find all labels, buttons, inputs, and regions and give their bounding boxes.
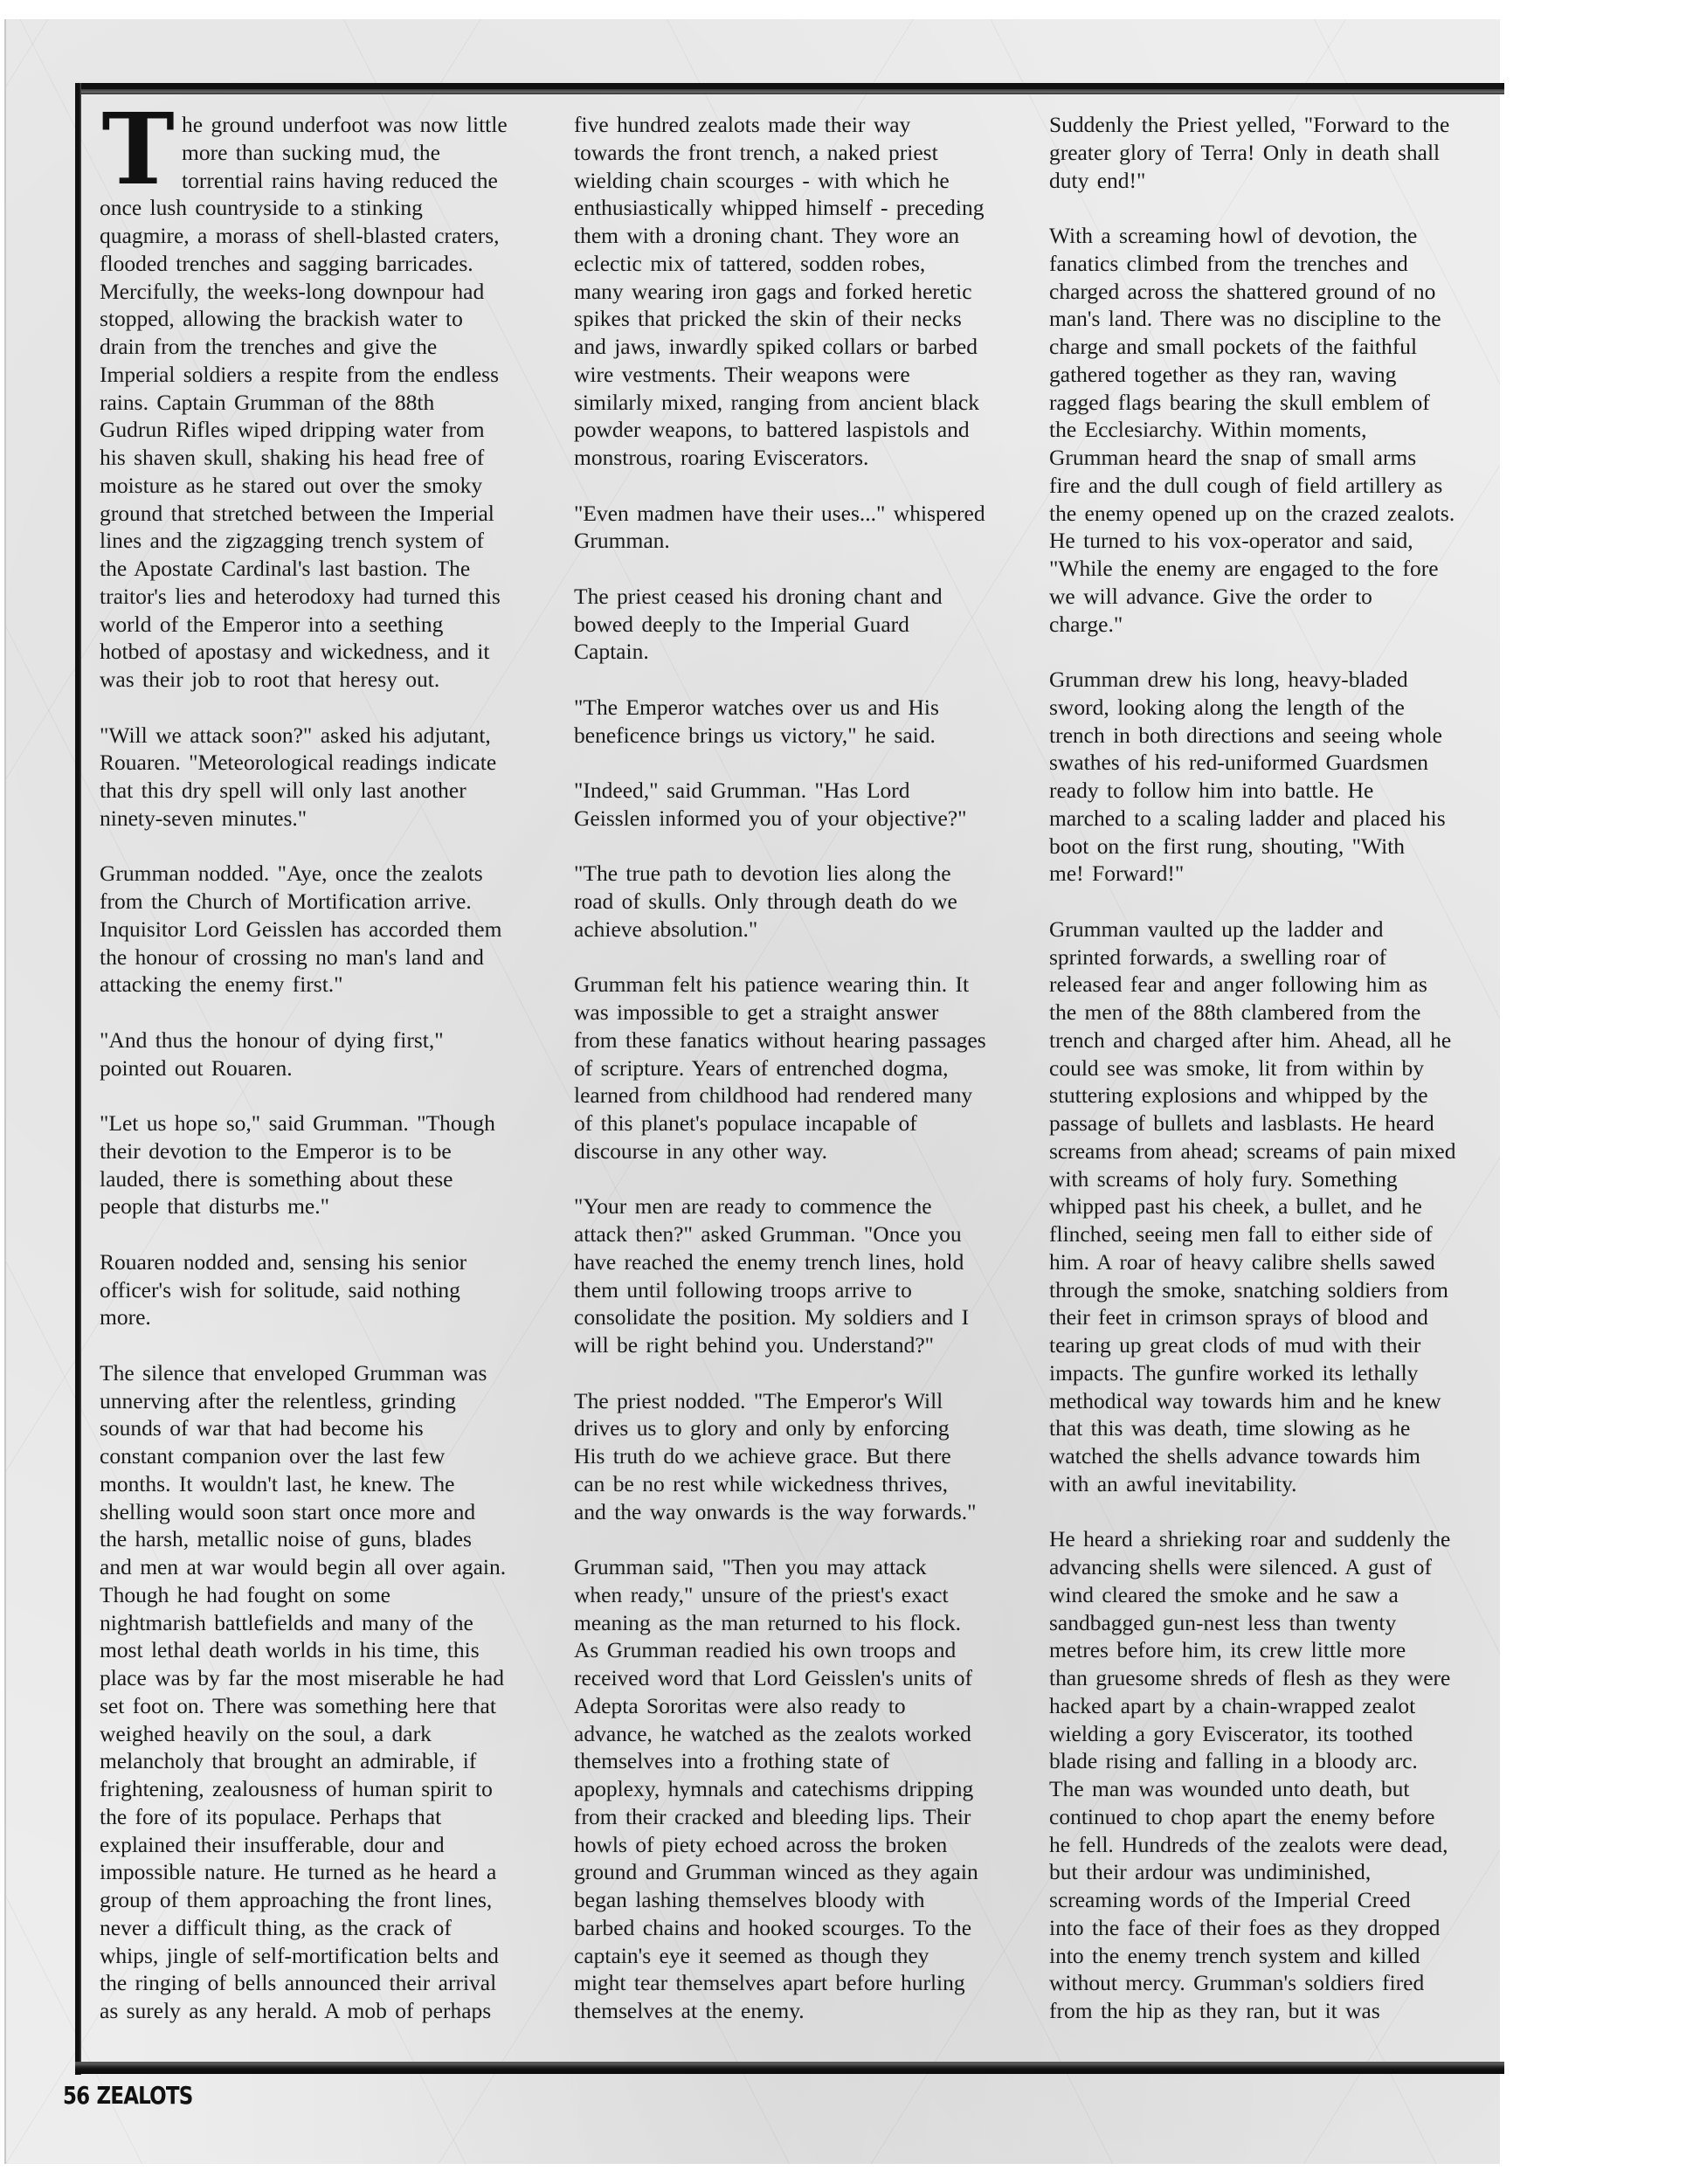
text-line: "And thus the honour of dying first," <box>100 1026 536 1054</box>
text-line: shelling would soon start once more and <box>100 1498 536 1526</box>
text-line: and the way onwards is the way forwards.… <box>574 1498 1015 1526</box>
text-line: charge." <box>1049 611 1486 639</box>
paragraph-gap <box>574 666 1015 694</box>
text-line: lines and the zigzagging trench system o… <box>100 527 536 555</box>
text-line: constant companion over the last few <box>100 1442 536 1470</box>
text-line: officer's wish for solitude, said nothin… <box>100 1276 536 1304</box>
text-line: "The Emperor watches over us and His <box>574 694 1015 722</box>
text-line: blade rising and falling in a bloody arc… <box>1049 1747 1486 1775</box>
text-line: attacking the enemy first." <box>100 971 536 999</box>
text-line: five hundred zealots made their way <box>574 111 1015 139</box>
text-line: was their job to root that heresy out. <box>100 666 536 694</box>
text-line: He turned to his vox-operator and said, <box>1049 527 1486 555</box>
column-lines: five hundred zealots made their waytowar… <box>574 111 1015 2025</box>
paragraph-gap <box>1049 638 1486 666</box>
text-line: "The true path to devotion lies along th… <box>574 860 1015 888</box>
text-line: gathered together as they ran, waving <box>1049 361 1486 389</box>
text-line: we will advance. Give the order to <box>1049 583 1486 611</box>
text-line: achieve absolution." <box>574 916 1015 943</box>
text-line: spikes that pricked the skin of their ne… <box>574 305 1015 333</box>
text-line: metres before him, its crew little more <box>1049 1636 1486 1664</box>
text-line: explained their insufferable, dour and <box>100 1831 536 1859</box>
text-line: impossible nature. He turned as he heard… <box>100 1858 536 1886</box>
text-line: Geisslen informed you of your objective?… <box>574 805 1015 833</box>
text-line: without mercy. Grumman's soldiers fired <box>1049 1969 1486 1997</box>
text-line: impacts. The gunfire worked its lethally <box>1049 1359 1486 1387</box>
text-column-3: Suddenly the Priest yelled, "Forward to … <box>1049 111 1486 2025</box>
text-line: Suddenly the Priest yelled, "Forward to … <box>1049 111 1486 139</box>
text-line: but their ardour was undiminished, <box>1049 1858 1486 1886</box>
text-line: His truth do we achieve grace. But there <box>574 1442 1015 1470</box>
paragraph-gap <box>574 1165 1015 1193</box>
text-line: the men of the 88th clambered from the <box>1049 999 1486 1026</box>
text-line: With a screaming howl of devotion, the <box>1049 222 1486 250</box>
text-line: bowed deeply to the Imperial Guard <box>574 611 1015 639</box>
text-line: frightening, zealousness of human spirit… <box>100 1775 536 1803</box>
text-line: enthusiastically whipped himself - prece… <box>574 194 1015 222</box>
text-line: ragged flags bearing the skull emblem of <box>1049 389 1486 417</box>
text-line: Grumman drew his long, heavy-bladed <box>1049 666 1486 694</box>
text-line: could see was smoke, lit from within by <box>1049 1054 1486 1082</box>
text-line: Grumman nodded. "Aye, once the zealots <box>100 860 536 888</box>
paragraph-gap <box>100 1220 536 1248</box>
page-footer: 56ZEALOTS <box>63 2081 200 2110</box>
text-line: group of them approaching the front line… <box>100 1886 536 1914</box>
text-line: the harsh, metallic noise of guns, blade… <box>100 1525 536 1553</box>
text-line: lauded, there is something about these <box>100 1165 536 1193</box>
text-line: ready to follow him into battle. He <box>1049 777 1486 805</box>
text-line: wind cleared the smoke and he saw a <box>1049 1581 1486 1609</box>
text-line: unnerving after the relentless, grinding <box>100 1387 536 1415</box>
column-lines: Suddenly the Priest yelled, "Forward to … <box>1049 111 1486 2025</box>
text-line: He heard a shrieking roar and suddenly t… <box>1049 1525 1486 1553</box>
text-line: similarly mixed, ranging from ancient bl… <box>574 389 1015 417</box>
text-line: charged across the shattered ground of n… <box>1049 278 1486 306</box>
text-line: might tear themselves apart before hurli… <box>574 1969 1015 1997</box>
paragraph-gap <box>574 472 1015 500</box>
text-line: their devotion to the Emperor is to be <box>100 1137 536 1165</box>
paragraph-gap <box>574 1359 1015 1387</box>
text-line: weighed heavily on the soul, a dark <box>100 1720 536 1748</box>
paragraph-gap <box>574 943 1015 971</box>
text-line: most lethal death worlds in his time, th… <box>100 1636 536 1664</box>
paragraph-gap <box>1049 1498 1486 1526</box>
text-line: from their cracked and bleeding lips. Th… <box>574 1803 1015 1831</box>
text-line: set foot on. There was something here th… <box>100 1692 536 1720</box>
paragraph-gap <box>100 999 536 1026</box>
paragraph-gap <box>100 1331 536 1359</box>
text-line: released fear and anger following him as <box>1049 971 1486 999</box>
paragraph-gap <box>574 555 1015 583</box>
paragraph-gap <box>574 749 1015 777</box>
text-line: sandbagged gun-nest less than twenty <box>1049 1609 1486 1637</box>
text-line: Grumman. <box>574 527 1015 555</box>
text-line: towards the front trench, a naked priest <box>574 139 1015 167</box>
text-line: the ringing of bells announced their arr… <box>100 1969 536 1997</box>
text-line: tearing up great clods of mud with their <box>1049 1331 1486 1359</box>
text-line: rains. Captain Grumman of the 88th <box>100 389 536 417</box>
running-title: ZEALOTS <box>97 2081 193 2110</box>
text-line: Grumman heard the snap of small arms <box>1049 444 1486 472</box>
text-line: that this dry spell will only last anoth… <box>100 777 536 805</box>
text-line: with an awful inevitability. <box>1049 1470 1486 1498</box>
text-line: him. A roar of heavy calibre shells sawe… <box>1049 1248 1486 1276</box>
text-line: stopped, allowing the brackish water to <box>100 305 536 333</box>
text-line: Adepta Sororitas were also ready to <box>574 1692 1015 1720</box>
text-line: nightmarish battlefields and many of the <box>100 1609 536 1637</box>
text-line: themselves at the enemy. <box>574 1997 1015 2025</box>
paragraph-gap <box>574 833 1015 860</box>
text-line: Mercifully, the weeks-long downpour had <box>100 278 536 306</box>
text-column-1: T he ground underfoot was now littlemore… <box>100 111 536 2025</box>
text-line: fanatics climbed from the trenches and <box>1049 250 1486 278</box>
text-line: monstrous, roaring Eviscerators. <box>574 444 1015 472</box>
text-line: screams from ahead; screams of pain mixe… <box>1049 1137 1486 1165</box>
text-line: drives us to glory and only by enforcing <box>574 1414 1015 1442</box>
text-line: quagmire, a morass of shell-blasted crat… <box>100 222 536 250</box>
text-line: people that disturbs me." <box>100 1192 536 1220</box>
text-line: boot on the first rung, shouting, "With <box>1049 833 1486 860</box>
text-line: duty end!" <box>1049 167 1486 195</box>
text-line: than gruesome shreds of flesh as they we… <box>1049 1664 1486 1692</box>
text-line: whips, jingle of self-mortification belt… <box>100 1942 536 1970</box>
drop-cap: T <box>100 107 176 193</box>
text-line: from the hip as they ran, but it was <box>1049 1997 1486 2025</box>
paragraph-gap <box>574 1525 1015 1553</box>
text-line: methodical way towards him and he knew <box>1049 1387 1486 1415</box>
text-line: his shaven skull, shaking his head free … <box>100 444 536 472</box>
text-line: barbed chains and hooked scourges. To th… <box>574 1914 1015 1942</box>
text-line: can be no rest while wickedness thrives, <box>574 1470 1015 1498</box>
text-line: the honour of crossing no man's land and <box>100 943 536 971</box>
text-line: and jaws, inwardly spiked collars or bar… <box>574 333 1015 361</box>
text-line: trench in both directions and seeing who… <box>1049 722 1486 750</box>
text-line: wielding a gory Eviscerator, its toothed <box>1049 1720 1486 1748</box>
text-line: the Ecclesiarchy. Within moments, <box>1049 416 1486 444</box>
frame-top-border <box>75 83 1504 94</box>
text-line: beneficence brings us victory," he said. <box>574 722 1015 750</box>
text-line: Grumman said, "Then you may attack <box>574 1553 1015 1581</box>
frame-bottom-border <box>75 2062 1504 2074</box>
text-line: Grumman vaulted up the ladder and <box>1049 916 1486 943</box>
paragraph-gap <box>1049 194 1486 222</box>
text-line: melancholy that brought an admirable, if <box>100 1747 536 1775</box>
text-line: powder weapons, to battered laspistols a… <box>574 416 1015 444</box>
text-line: traitor's lies and heterodoxy had turned… <box>100 583 536 611</box>
text-line: meaning as the man returned to his flock… <box>574 1609 1015 1637</box>
text-line: "Even madmen have their uses..." whisper… <box>574 500 1015 528</box>
text-line: their feet in crimson sprays of blood an… <box>1049 1303 1486 1331</box>
text-line: "While the enemy are engaged to the fore <box>1049 555 1486 583</box>
text-line: The man was wounded unto death, but <box>1049 1775 1486 1803</box>
paragraph-gap <box>100 833 536 860</box>
text-line: whipped past his cheek, a bullet, and he <box>1049 1192 1486 1220</box>
text-line: trench and charged after him. Ahead, all… <box>1049 1026 1486 1054</box>
text-line: fire and the dull cough of field artille… <box>1049 472 1486 500</box>
text-line: place was by far the most miserable he h… <box>100 1664 536 1692</box>
text-line: world of the Emperor into a seething <box>100 611 536 639</box>
text-line: Rouaren. "Meteorological readings indica… <box>100 749 536 777</box>
text-line: the fore of its populace. Perhaps that <box>100 1803 536 1831</box>
text-line: passage of bullets and lasblasts. He hea… <box>1049 1109 1486 1137</box>
frame-left-border <box>75 83 81 2075</box>
text-line: road of skulls. Only through death do we <box>574 888 1015 916</box>
text-line: and men at war would begin all over agai… <box>100 1553 536 1581</box>
text-line: Grumman felt his patience wearing thin. … <box>574 971 1015 999</box>
text-line: "Indeed," said Grumman. "Has Lord <box>574 777 1015 805</box>
text-line: the enemy opened up on the crazed zealot… <box>1049 500 1486 528</box>
text-line: me! Forward!" <box>1049 860 1486 888</box>
text-line: hotbed of apostasy and wickedness, and i… <box>100 638 536 666</box>
text-line: Though he had fought on some <box>100 1581 536 1609</box>
text-line: months. It wouldn't last, he knew. The <box>100 1470 536 1498</box>
text-line: pointed out Rouaren. <box>100 1054 536 1082</box>
text-line: the Apostate Cardinal's last bastion. Th… <box>100 555 536 583</box>
text-line: have reached the enemy trench lines, hol… <box>574 1248 1015 1276</box>
text-line: screaming words of the Imperial Creed <box>1049 1886 1486 1914</box>
text-line: "Your men are ready to commence the <box>574 1192 1015 1220</box>
text-line: eclectic mix of tattered, sodden robes, <box>574 250 1015 278</box>
text-line: through the smoke, snatching soldiers fr… <box>1049 1276 1486 1304</box>
paragraph-gap <box>100 694 536 722</box>
text-line: Captain. <box>574 638 1015 666</box>
text-line: watched the shells advance towards him <box>1049 1442 1486 1470</box>
text-line: of scripture. Years of entrenched dogma, <box>574 1054 1015 1082</box>
text-line: from these fanatics without hearing pass… <box>574 1026 1015 1054</box>
text-line: Gudrun Rifles wiped dripping water from <box>100 416 536 444</box>
text-line: was impossible to get a straight answer <box>574 999 1015 1026</box>
text-line: swathes of his red-uniformed Guardsmen <box>1049 749 1486 777</box>
text-line: greater glory of Terra! Only in death sh… <box>1049 139 1486 167</box>
text-line: "Let us hope so," said Grumman. "Though <box>100 1109 536 1137</box>
text-line: captain's eye it seemed as though they <box>574 1942 1015 1970</box>
text-line: that this was death, time slowing as he <box>1049 1414 1486 1442</box>
text-line: sword, looking along the length of the <box>1049 694 1486 722</box>
text-line: from the Church of Mortification arrive. <box>100 888 536 916</box>
text-line: sprinted forwards, a swelling roar of <box>1049 943 1486 971</box>
text-line: The silence that enveloped Grumman was <box>100 1359 536 1387</box>
text-line: wire vestments. Their weapons were <box>574 361 1015 389</box>
text-line: ground and Grumman winced as they again <box>574 1858 1015 1886</box>
text-line: As Grumman readied his own troops and <box>574 1636 1015 1664</box>
text-line: into the enemy trench system and killed <box>1049 1942 1486 1970</box>
text-line: will be right behind you. Understand?" <box>574 1331 1015 1359</box>
text-line: advance, he watched as the zealots worke… <box>574 1720 1015 1748</box>
column-lines: he ground underfoot was now littlemore t… <box>100 111 536 2025</box>
text-line: many wearing iron gags and forked hereti… <box>574 278 1015 306</box>
text-line: flinched, seeing men fall to either side… <box>1049 1220 1486 1248</box>
text-line: Rouaren nodded and, sensing his senior <box>100 1248 536 1276</box>
text-line: them until following troops arrive to <box>574 1276 1015 1304</box>
text-line: he fell. Hundreds of the zealots were de… <box>1049 1831 1486 1859</box>
text-line: man's land. There was no discipline to t… <box>1049 305 1486 333</box>
text-line: continued to chop apart the enemy before <box>1049 1803 1486 1831</box>
text-line: The priest ceased his droning chant and <box>574 583 1015 611</box>
paragraph-gap <box>1049 888 1486 916</box>
text-line: sounds of war that had become his <box>100 1414 536 1442</box>
text-line: as surely as any herald. A mob of perhap… <box>100 1997 536 2025</box>
text-line: them with a droning chant. They wore an <box>574 222 1015 250</box>
text-line: more. <box>100 1303 536 1331</box>
text-column-2: five hundred zealots made their waytowar… <box>574 111 1015 2025</box>
text-line: consolidate the position. My soldiers an… <box>574 1303 1015 1331</box>
text-line: howls of piety echoed across the broken <box>574 1831 1015 1859</box>
text-line: began lashing themselves bloody with <box>574 1886 1015 1914</box>
text-line: themselves into a frothing state of <box>574 1747 1015 1775</box>
text-line: "Will we attack soon?" asked his adjutan… <box>100 722 536 750</box>
text-line: never a difficult thing, as the crack of <box>100 1914 536 1942</box>
text-line: when ready," unsure of the priest's exac… <box>574 1581 1015 1609</box>
text-line: stuttering explosions and whipped by the <box>1049 1082 1486 1109</box>
text-line: flooded trenches and sagging barricades. <box>100 250 536 278</box>
text-line: Imperial soldiers a respite from the end… <box>100 361 536 389</box>
page-number: 56 <box>63 2081 89 2110</box>
text-line: hacked apart by a chain-wrapped zealot <box>1049 1692 1486 1720</box>
text-line: with screams of holy fury. Something <box>1049 1165 1486 1193</box>
paragraph-gap <box>100 1082 536 1109</box>
text-line: ninety-seven minutes." <box>100 805 536 833</box>
text-line: of this planet's populace incapable of <box>574 1109 1015 1137</box>
text-line: learned from childhood had rendered many <box>574 1082 1015 1109</box>
text-line: ground that stretched between the Imperi… <box>100 500 536 528</box>
text-line: advancing shells were silenced. A gust o… <box>1049 1553 1486 1581</box>
text-line: discourse in any other way. <box>574 1137 1015 1165</box>
text-line: drain from the trenches and give the <box>100 333 536 361</box>
text-line: Inquisitor Lord Geisslen has accorded th… <box>100 916 536 943</box>
text-line: into the face of their foes as they drop… <box>1049 1914 1486 1942</box>
text-line: wielding chain scourges - with which he <box>574 167 1015 195</box>
text-line: apoplexy, hymnals and catechisms drippin… <box>574 1775 1015 1803</box>
text-line: attack then?" asked Grumman. "Once you <box>574 1220 1015 1248</box>
text-line: marched to a scaling ladder and placed h… <box>1049 805 1486 833</box>
text-line: charge and small pockets of the faithful <box>1049 333 1486 361</box>
text-line: received word that Lord Geisslen's units… <box>574 1664 1015 1692</box>
text-line: The priest nodded. "The Emperor's Will <box>574 1387 1015 1415</box>
text-line: moisture as he stared out over the smoky <box>100 472 536 500</box>
